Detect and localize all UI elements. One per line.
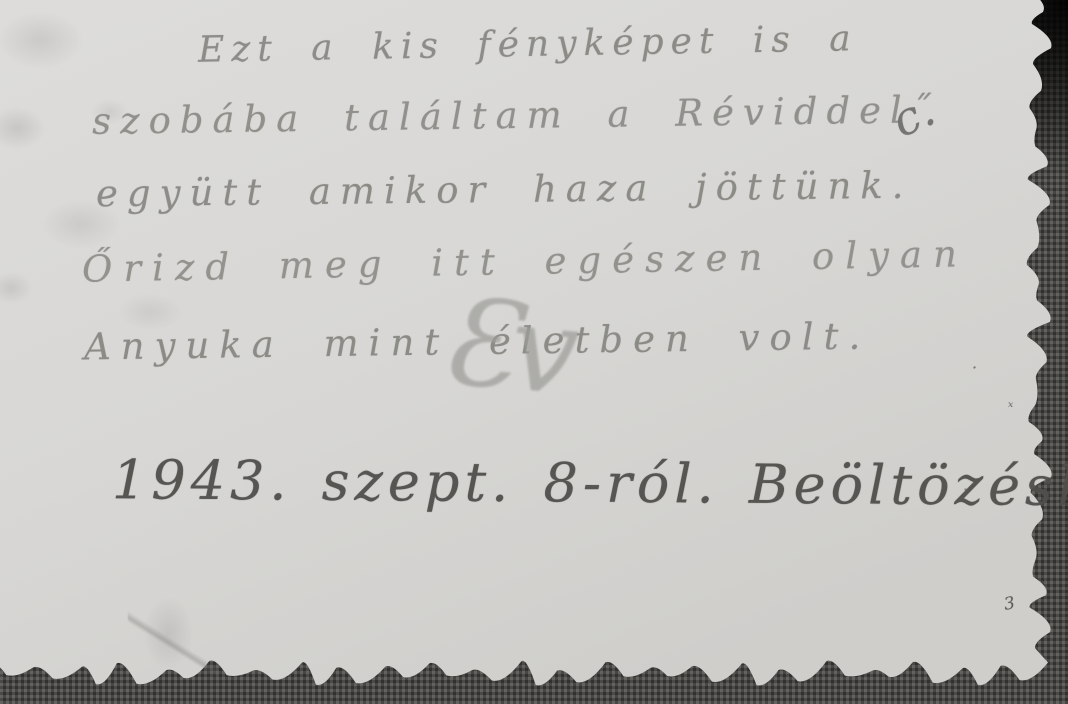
stray-cross-speck: ˣ (1008, 398, 1013, 416)
date-line: 1943. szept. 8-ról. Beöltözéskor. (112, 448, 1068, 518)
scan-fabric-background: Ezt a kis fényképet is a szobába találta… (0, 0, 1068, 704)
handwriting-line-3: együtt amikor haza jöttünk. (96, 164, 913, 216)
handwriting-line-1: Ezt a kis fényképet is a (198, 18, 858, 71)
stray-squiggle-mark: 3 (1002, 593, 1016, 615)
thick-pencil-overmark: Ɛv (436, 273, 578, 423)
stray-dot-speck-1: · (972, 358, 977, 377)
handwriting-line-2: szobába találtam a Réviddel˝ (92, 88, 939, 143)
pencil-smudge-bottom-left (128, 592, 218, 696)
